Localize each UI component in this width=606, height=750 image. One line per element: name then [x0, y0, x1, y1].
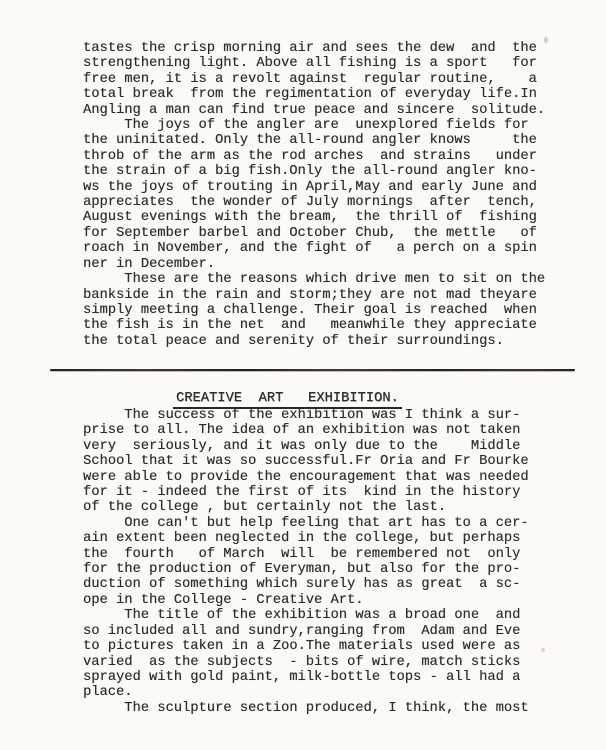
art-paragraph-1: The success of the exhibition was I thin… — [83, 408, 563, 516]
fishing-article-text: tastes the crisp morning air and sees th… — [83, 41, 563, 349]
scan-speck — [544, 37, 548, 43]
fishing-paragraph-3: These are the reasons which drive men to… — [83, 272, 563, 349]
art-paragraph-3: The title of the exhibition was a broad … — [83, 608, 563, 700]
section-divider-rule — [50, 369, 575, 371]
fishing-paragraph-2: The joys of the angler are unexplored fi… — [83, 118, 563, 272]
art-paragraph-4: The sculpture section produced, I think,… — [83, 701, 563, 716]
scanned-document-page: tastes the crisp morning air and sees th… — [0, 0, 606, 750]
fishing-paragraph-1: tastes the crisp morning air and sees th… — [83, 41, 563, 118]
section-heading: CREATIVE ART EXHIBITION. — [173, 392, 402, 409]
art-article-text: The success of the exhibition was I thin… — [83, 408, 563, 716]
scan-speck — [541, 648, 545, 652]
art-paragraph-2: One can't but help feeling that art has … — [83, 516, 563, 608]
section-heading-wrap: CREATIVE ART EXHIBITION. — [173, 388, 402, 409]
